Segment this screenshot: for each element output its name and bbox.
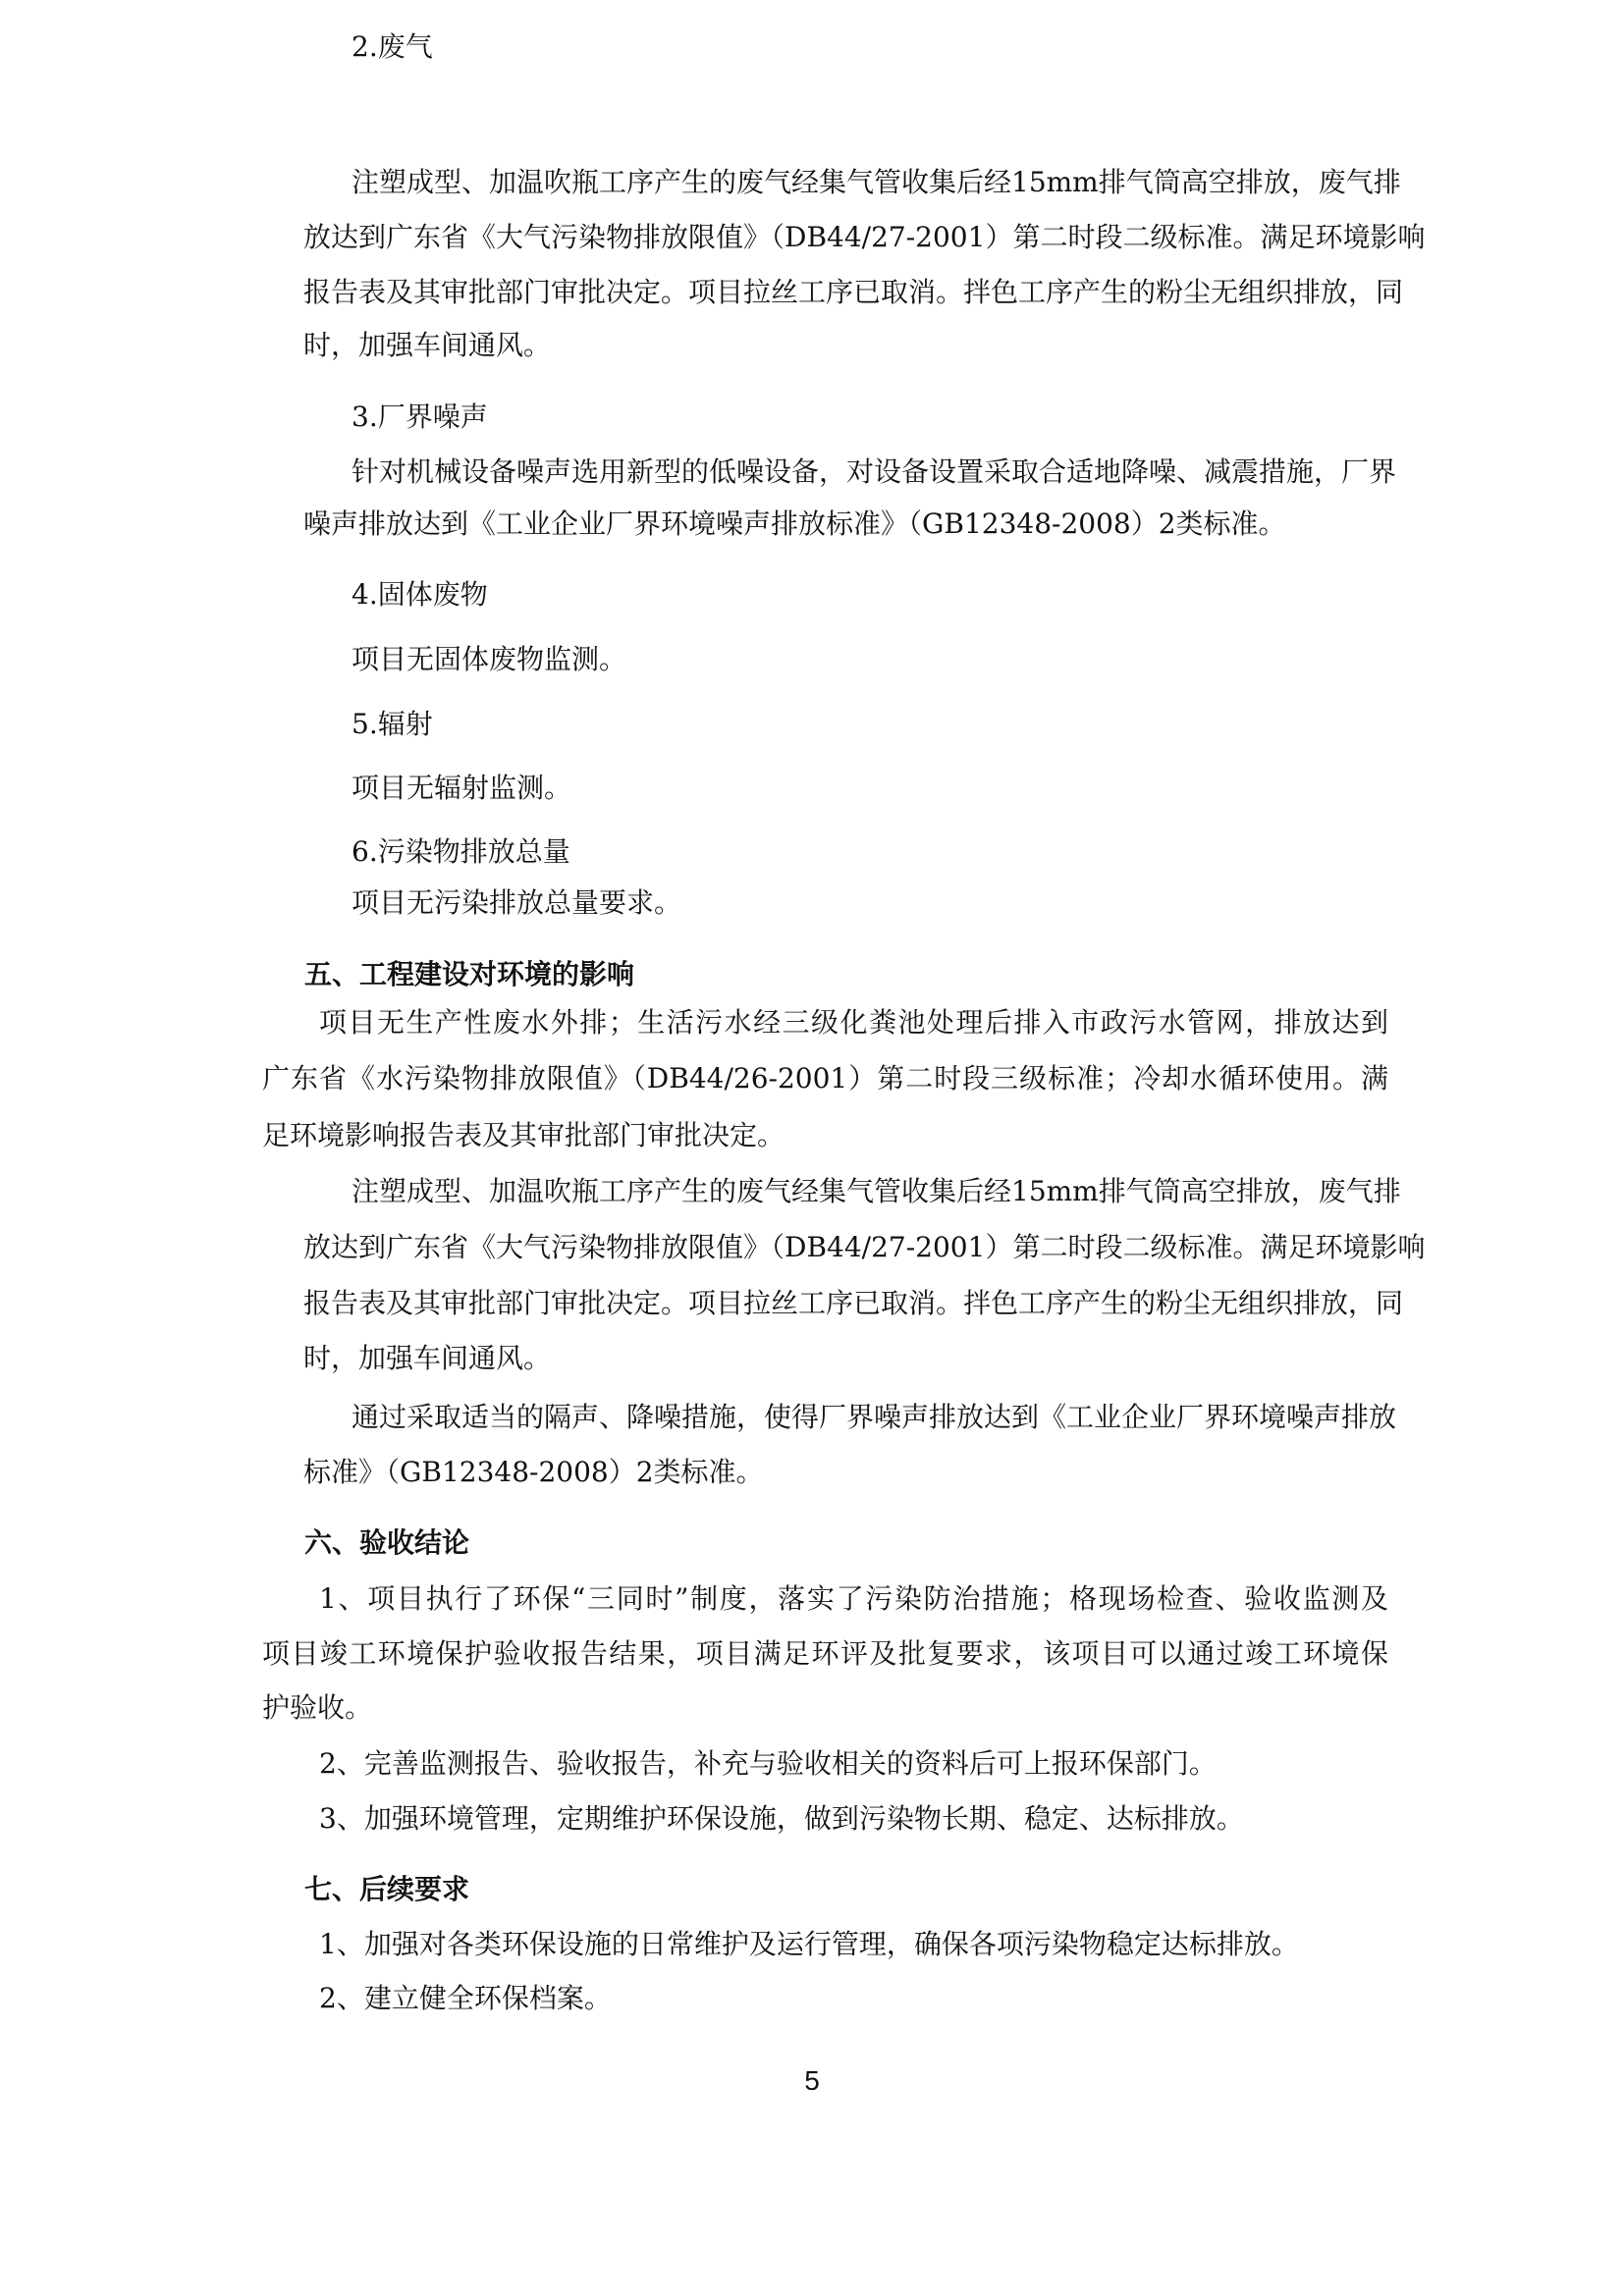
text-line: 1、加强对各类环保设施的日常维护及运行管理，确保各项污染物稳定达标排放。 bbox=[319, 1928, 1299, 1961]
text-line: 通过采取适当的隔声、降噪措施，使得厂界噪声排放达到《工业企业厂界环境噪声排放 bbox=[352, 1401, 1388, 1434]
text-line: 项目无生产性废水外排；生活污水经三级化粪池处理后排入市政污水管网，排放达到 bbox=[319, 1006, 1388, 1040]
text-line: 报告表及其审批部门审批决定。项目拉丝工序已取消。拌色工序产生的粉尘无组织排放，同 bbox=[303, 1287, 1388, 1320]
text-line: 项目无污染排放总量要求。 bbox=[352, 886, 681, 920]
text-line: 项目无辐射监测。 bbox=[352, 772, 571, 805]
section-heading: 七、后续要求 bbox=[304, 1873, 469, 1906]
text-line: 1、项目执行了环保“三同时”制度，落实了污染防治措施；格现场检查、验收监测及 bbox=[319, 1582, 1388, 1616]
text-line: 注塑成型、加温吹瓶工序产生的废气经集气管收集后经15mm排气筒高空排放，废气排 bbox=[352, 166, 1388, 199]
text-line: 2、完善监测报告、验收报告，补充与验收相关的资料后可上报环保部门。 bbox=[319, 1747, 1217, 1781]
text-line: 标准》（GB12348-2008）2类标准。 bbox=[303, 1456, 764, 1489]
text-line: 针对机械设备噪声选用新型的低噪设备，对设备设置采取合适地降噪、减震措施，厂界 bbox=[352, 455, 1388, 489]
text-line: 时，加强车间通风。 bbox=[303, 1342, 551, 1375]
text-line: 注塑成型、加温吹瓶工序产生的废气经集气管收集后经15mm排气筒高空排放，废气排 bbox=[352, 1175, 1388, 1208]
text-line: 3、加强环境管理，定期维护环保设施，做到污染物长期、稳定、达标排放。 bbox=[319, 1802, 1244, 1836]
text-line: 噪声排放达到《工业企业厂界环境噪声排放标准》（GB12348-2008）2类标准… bbox=[303, 507, 1286, 541]
section-heading: 五、工程建设对环境的影响 bbox=[304, 958, 634, 991]
subsection-title: 6.污染物排放总量 bbox=[352, 835, 570, 869]
subsection-title: 4.固体废物 bbox=[352, 578, 488, 612]
page-number: 5 bbox=[0, 2065, 1624, 2097]
text-line: 放达到广东省《大气污染物排放限值》（DB44/27-2001）第二时段二级标准。… bbox=[303, 221, 1388, 254]
text-line: 报告表及其审批部门审批决定。项目拉丝工序已取消。拌色工序产生的粉尘无组织排放，同 bbox=[303, 276, 1388, 309]
text-line: 护验收。 bbox=[262, 1691, 372, 1725]
text-line: 项目竣工环境保护验收报告结果，项目满足环评及批复要求，该项目可以通过竣工环境保 bbox=[262, 1637, 1388, 1671]
subsection-title: 5.辐射 bbox=[352, 708, 433, 741]
subsection-title: 2.废气 bbox=[352, 30, 433, 64]
subsection-title: 3.厂界噪声 bbox=[352, 400, 488, 434]
text-line: 项目无固体废物监测。 bbox=[352, 643, 626, 676]
section-heading: 六、验收结论 bbox=[304, 1526, 469, 1560]
text-line: 足环境影响报告表及其审批部门审批决定。 bbox=[262, 1119, 785, 1152]
text-line: 放达到广东省《大气污染物排放限值》（DB44/27-2001）第二时段二级标准。… bbox=[303, 1231, 1388, 1264]
text-line: 时，加强车间通风。 bbox=[303, 329, 551, 362]
text-line: 2、建立健全环保档案。 bbox=[319, 1982, 612, 2015]
text-line: 广东省《水污染物排放限值》（DB44/26-2001）第二时段三级标准；冷却水循… bbox=[262, 1062, 1388, 1095]
